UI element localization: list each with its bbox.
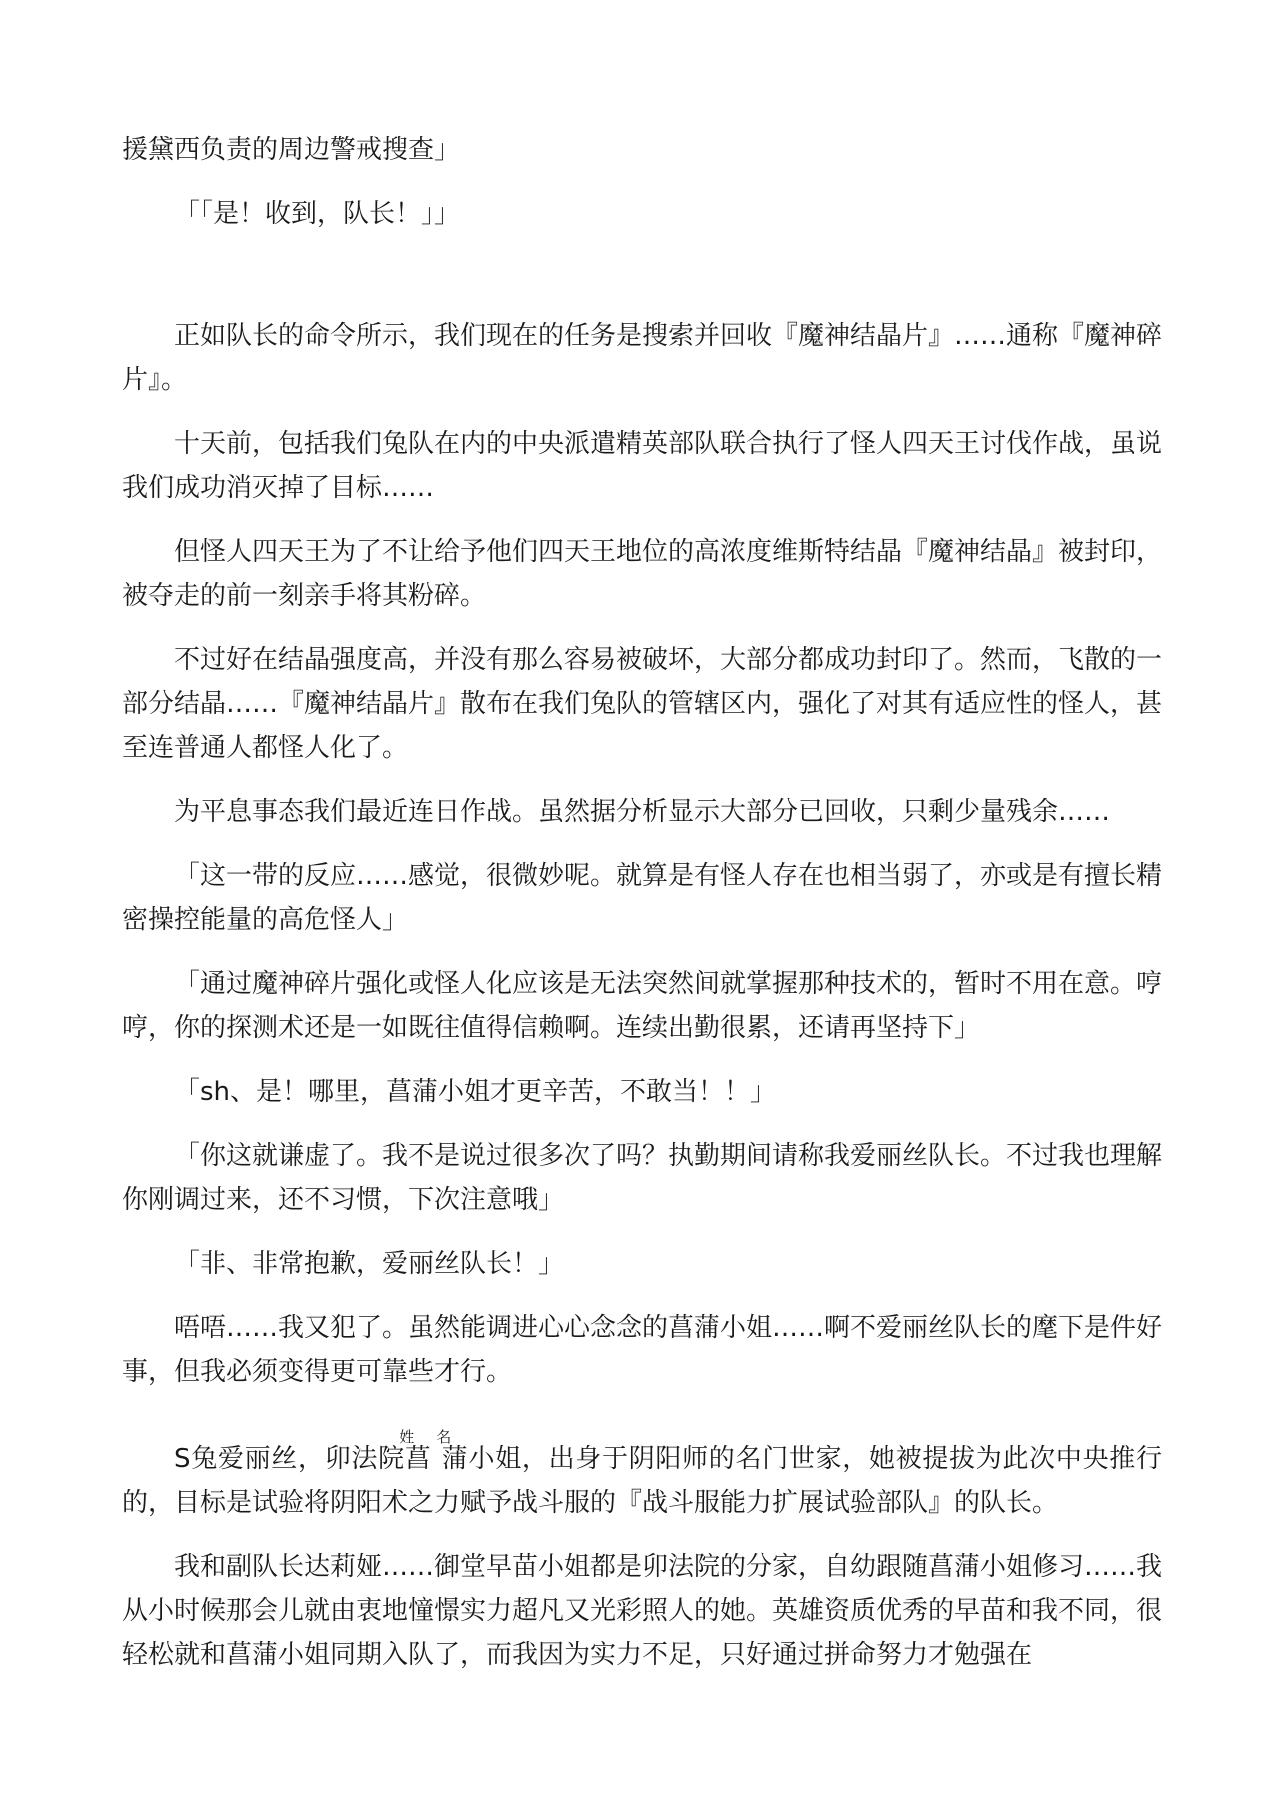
ruby-paragraph: S兔爱丽丝，卯法院菖蒲姓名小姐，出身于阴阳师的名门世家，她被提拔为此次中央推行的… — [122, 1428, 1162, 1525]
paragraph: 正如队长的命令所示，我们现在的任务是搜索并回收『魔神结晶片』……通称『魔神碎片』… — [122, 314, 1162, 402]
ruby-base: 菖蒲 — [399, 1444, 473, 1474]
paragraph: 为平息事态我们最近连日作战。虽然据分析显示大部分已回收，只剩少量残余…… — [122, 790, 1162, 834]
paragraph: 唔唔……我又犯了。虽然能调进心心念念的菖蒲小姐……啊不爱丽丝队长的麾下是件好事，… — [122, 1306, 1162, 1394]
paragraph: 援黛西负责的周边警戒搜查」 — [122, 128, 1162, 172]
ruby-paragraph-before: S兔爱丽丝，卯法院 — [174, 1444, 405, 1474]
paragraph: 但怪人四天王为了不让给予他们四天王地位的高浓度维斯特结晶『魔神结晶』被封印，被夺… — [122, 530, 1162, 618]
paragraph: 「非、非常抱歉，爱丽丝队长！」 — [122, 1242, 1162, 1286]
paragraph: 「「是！收到，队长！」」 — [122, 192, 1162, 236]
paragraph: 「sh、是！哪里，菖蒲小姐才更辛苦，不敢当！！」 — [122, 1070, 1162, 1114]
paragraph: 我和副队长达莉娅……御堂早苗小姐都是卯法院的分家，自幼跟随菖蒲小姐修习……我从小… — [122, 1545, 1162, 1677]
paragraph: 不过好在结晶强度高，并没有那么容易被破坏，大部分都成功封印了。然而，飞散的一部分… — [122, 638, 1162, 770]
paragraph: 十天前，包括我们兔队在内的中央派遣精英部队联合执行了怪人四天王讨伐作战，虽说我们… — [122, 422, 1162, 510]
paragraph: 「你这就谦虚了。我不是说过很多次了吗？执勤期间请称我爱丽丝队长。不过我也理解你刚… — [122, 1134, 1162, 1222]
paragraph: 「通过魔神碎片强化或怪人化应该是无法突然间就掌握那种技术的，暂时不用在意。哼哼，… — [122, 962, 1162, 1050]
document-page: 援黛西负责的周边警戒搜查」 「「是！收到，队长！」」 正如队长的命令所示，我们现… — [122, 128, 1162, 1697]
paragraph: 「这一带的反应……感觉，很微妙呢。就算是有怪人存在也相当弱了，亦或是有擅长精密操… — [122, 854, 1162, 942]
ruby-annotation: 姓名 — [399, 1428, 473, 1446]
blank-line — [122, 256, 1162, 314]
name-ruby: 菖蒲姓名 — [405, 1444, 468, 1474]
